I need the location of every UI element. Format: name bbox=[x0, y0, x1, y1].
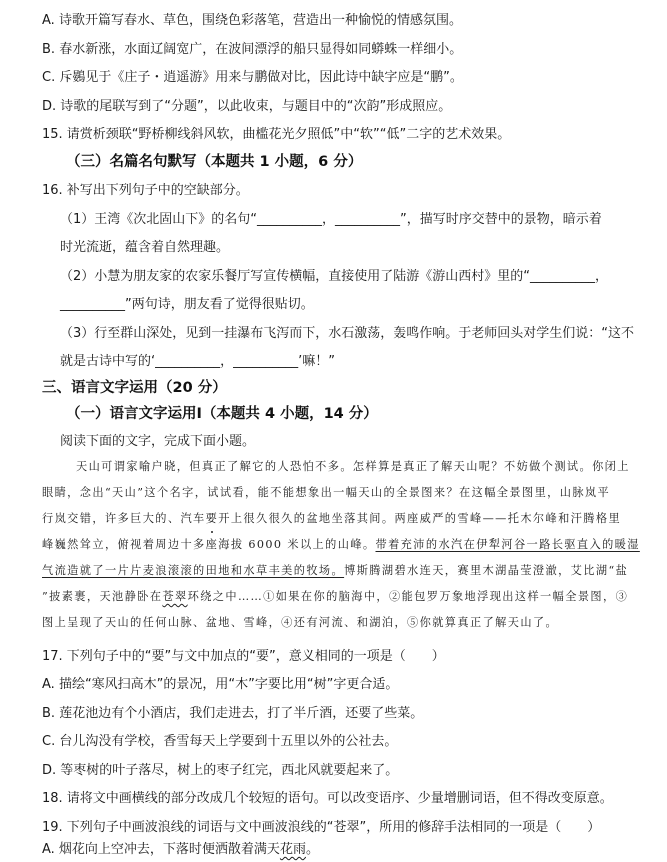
option-text: 诗歌的尾联写到了“分题”，以此收束，与题目中的“次韵”形成照应。 bbox=[60, 99, 451, 114]
part-heading-language-use: 三、语言文字运用（20 分） bbox=[42, 379, 227, 397]
exam-page: A. 诗歌开篇写春水、草色，围绕色彩落笔，营造出一种愉悦的情感氛围。 B. 春水… bbox=[0, 0, 667, 862]
option-text: 莲花池边有个小酒店，我们走进去，打了半斤酒，还要了些菜。 bbox=[59, 706, 423, 721]
q17-option-a: A. 描绘“寒风扫高木”的景况，用“木”字要比用“树”字更合适。 bbox=[42, 676, 398, 694]
wavy-underlined-word: 花雨 bbox=[280, 842, 306, 857]
underlined-sentence-cont: 气流造就了一片片麦浪滚滚的田地和水草丰美的牧场。 bbox=[42, 564, 344, 577]
q17-option-c: C. 台儿沟没有学校，香雪每天上学要到十五里以外的公社去。 bbox=[42, 733, 397, 751]
option-label: C. bbox=[42, 70, 55, 85]
q14-option-b: B. 春水新涨，水面辽阔宽广，在波间漂浮的船只显得如同蟒蛛一样细小。 bbox=[42, 41, 462, 59]
passage-text: 开上很久很久的盆地坐落其间。两座威严的雪峰——托木尔峰和汗腾格里 bbox=[218, 512, 621, 525]
option-label: B. bbox=[42, 706, 55, 721]
question-15: 15. 请赏析颈联“野桥柳线斜风软，曲槛花光夕照低”中“软”“低”二字的艺术效果… bbox=[42, 126, 510, 144]
underlined-sentence: 带着充沛的水汽在伊犁河谷一路长驱直入的暖湿 bbox=[376, 538, 640, 551]
question-16-item3: （3）行至群山深处，见到一挂瀑布飞泻而下，水石激荡，轰鸣作响。于老师回头对学生们… bbox=[60, 325, 634, 343]
passage-text: 峰巍然耸立，俯视着周边十多座海拔 6000 米以上的山峰。 bbox=[42, 538, 376, 551]
option-label: A. bbox=[42, 677, 55, 692]
passage-line-4: 峰巍然耸立，俯视着周边十多座海拔 6000 米以上的山峰。带着充沛的水汽在伊犁河… bbox=[42, 536, 640, 554]
passage-line-1: 天山可谓家喻户晓，但真正了解它的人恐怕不多。怎样算是真正了解天山呢？不妨做个测试… bbox=[76, 458, 630, 476]
emphasis-dotted-char: 要 bbox=[206, 510, 219, 528]
question-17-stem: 17. 下列句子中的“要”与文中加点的“要”，意义相同的一项是（ ） bbox=[42, 648, 445, 666]
option-text: A. 烟花向上空冲去，下落时便洒散着满天 bbox=[42, 842, 280, 857]
question-16-item2-cont: __________”两句诗，朋友看了觉得很贴切。 bbox=[60, 296, 314, 314]
q17-option-b: B. 莲花池边有个小酒店，我们走进去，打了半斤酒，还要了些菜。 bbox=[42, 705, 423, 723]
option-text: 斥鷃见于《庄子・逍遥游》用来与鹏做对比，因此诗中缺字应是“鹏”。 bbox=[59, 70, 462, 85]
question-16-item1-cont: 时光流逝，蕴含着自然理趣。 bbox=[60, 239, 229, 257]
option-text: 春水新涨，水面辽阔宽广，在波间漂浮的船只显得如同蟒蛛一样细小。 bbox=[59, 42, 462, 57]
q14-option-a: A. 诗歌开篇写春水、草色，围绕色彩落笔，营造出一种愉悦的情感氛围。 bbox=[42, 12, 462, 30]
q14-option-d: D. 诗歌的尾联写到了“分题”，以此收束，与题目中的“次韵”形成照应。 bbox=[42, 98, 451, 116]
question-16-item2: （2）小慧为朋友家的农家乐餐厅写宣传横幅，直接使用了陆游《游山西村》里的“___… bbox=[60, 268, 608, 286]
passage-text: 博斯腾湖碧水连天，赛里木湖晶莹澄澈，艾比湖“盐 bbox=[344, 564, 628, 577]
passage-text: 行岚交错，许多巨大的、汽车 bbox=[42, 512, 206, 525]
wavy-underlined-word: 苍翠 bbox=[162, 590, 187, 603]
section-heading-dictation: （三）名篇名句默写（本题共 1 小题，6 分） bbox=[66, 153, 362, 171]
passage-line-3: 行岚交错，许多巨大的、汽车要开上很久很久的盆地坐落其间。两座威严的雪峰——托木尔… bbox=[42, 510, 621, 528]
q14-option-c: C. 斥鷃见于《庄子・逍遥游》用来与鹏做对比，因此诗中缺字应是“鹏”。 bbox=[42, 69, 463, 87]
passage-line-7: 图上呈现了天山的任何山脉、盆地、雪峰，④还有河流、和湖泊，⑤你就算真正了解天山了… bbox=[42, 614, 558, 632]
passage-line-5: 气流造就了一片片麦浪滚滚的田地和水草丰美的牧场。博斯腾湖碧水连天，赛里木湖晶莹澄… bbox=[42, 562, 628, 580]
option-text: 等枣树的叶子落尽，树上的枣子红完，西北风就要起来了。 bbox=[60, 763, 398, 778]
option-label: B. bbox=[42, 42, 55, 57]
passage-text: 环绕之中……①如果在你的脑海中，②能包罗万象地浮现出这样一幅全景图，③ bbox=[188, 590, 629, 603]
option-text: 。 bbox=[306, 842, 319, 857]
q17-option-d: D. 等枣树的叶子落尽，树上的枣子红完，西北风就要起来了。 bbox=[42, 762, 398, 780]
option-label: D. bbox=[42, 99, 56, 114]
reading-instruction: 阅读下面的文字，完成下面小题。 bbox=[60, 433, 255, 451]
question-16-item1: （1）王湾《次北固山下》的名句“__________，__________”，描… bbox=[60, 211, 602, 229]
option-label: A. bbox=[42, 13, 55, 28]
passage-line-2: 眼睛，念出“天山”这个名字，试试看，能不能想象出一幅天山的全景图来？在这幅全景图… bbox=[42, 484, 610, 502]
option-label: C. bbox=[42, 734, 55, 749]
question-16-stem: 16. 补写出下列句子中的空缺部分。 bbox=[42, 182, 249, 200]
passage-line-6: ”披素裹，天池静卧在苍翠环绕之中……①如果在你的脑海中，②能包罗万象地浮现出这样… bbox=[42, 588, 628, 606]
q19-option-a: A. 烟花向上空冲去，下落时便洒散着满天花雨。 bbox=[42, 841, 319, 859]
question-18: 18. 请将文中画横线的部分改成几个较短的语句。可以改变语序、少量增删词语，但不… bbox=[42, 790, 613, 808]
question-19-stem: 19. 下列句子中画波浪线的词语与文中画波浪线的“苍翠”，所用的修辞手法相同的一… bbox=[42, 819, 600, 837]
option-text: 描绘“寒风扫高木”的景况，用“木”字要比用“树”字更合适。 bbox=[59, 677, 398, 692]
passage-text: ”披素裹，天池静卧在 bbox=[42, 590, 162, 603]
question-16-item3-cont: 就是古诗中写的‘__________，__________’嘛！” bbox=[60, 353, 335, 371]
option-label: D. bbox=[42, 763, 56, 778]
option-text: 诗歌开篇写春水、草色，围绕色彩落笔，营造出一种愉悦的情感氛围。 bbox=[59, 13, 462, 28]
option-text: 台儿沟没有学校，香雪每天上学要到十五里以外的公社去。 bbox=[59, 734, 397, 749]
sub-heading-language-use-1: （一）语言文字运用Ⅰ（本题共 4 小题，14 分） bbox=[66, 405, 378, 423]
